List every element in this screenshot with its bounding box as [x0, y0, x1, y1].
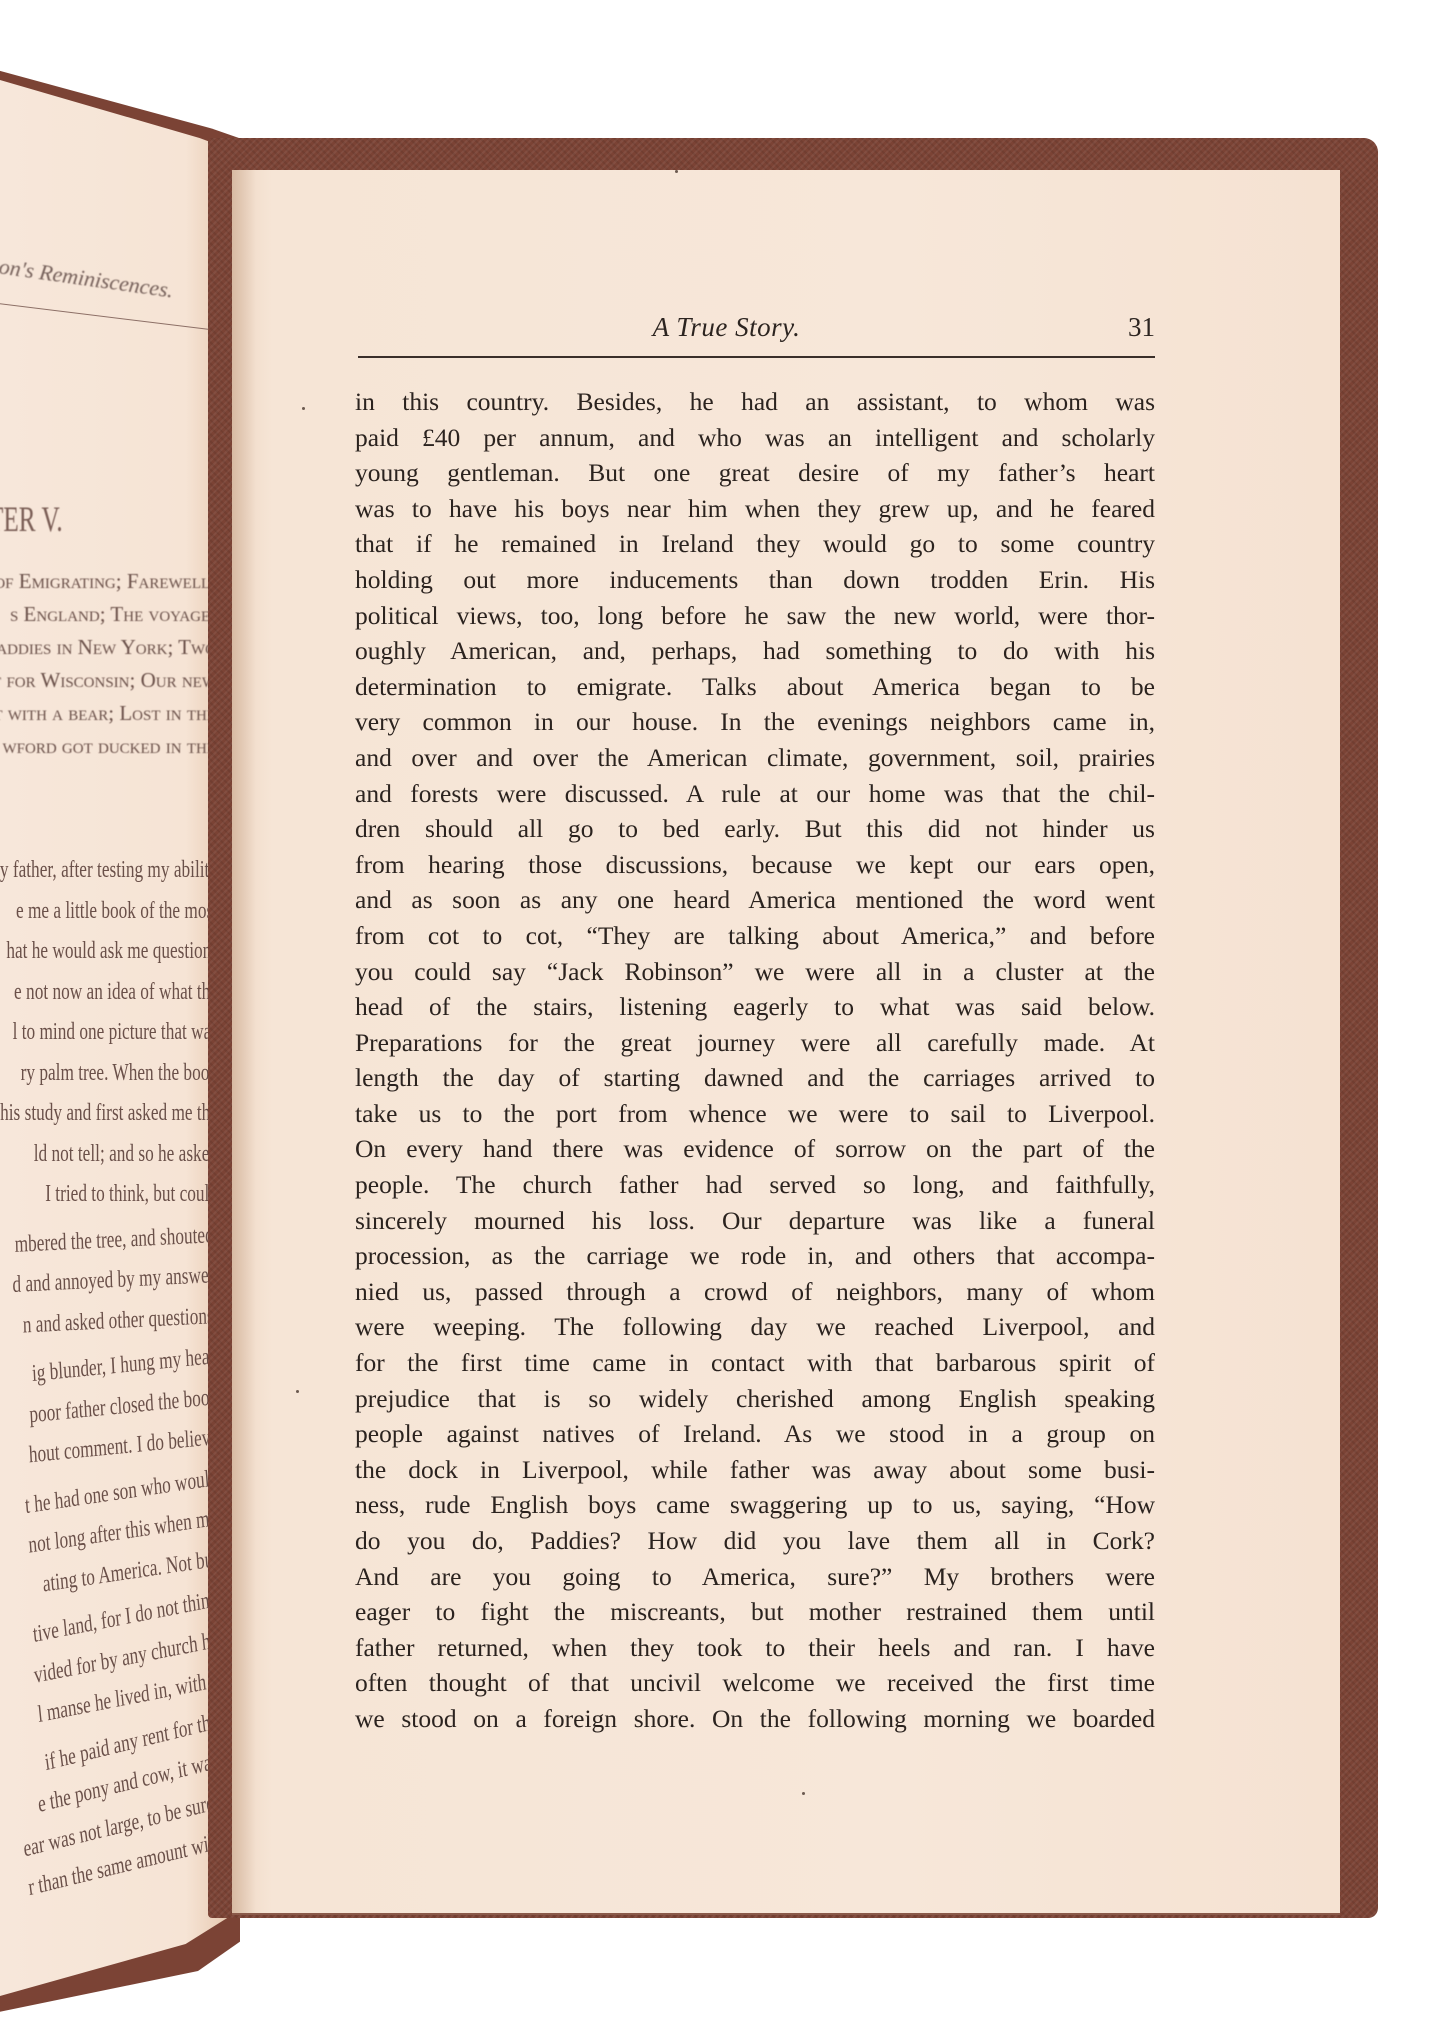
body-line: people. The church father had served so … [355, 1167, 1155, 1203]
synopsis-line: s of Emigrating; Farewell; [0, 565, 216, 598]
left-running-head: oon's Reminiscences. [0, 252, 175, 304]
body-line: in this country. Besides, he had an assi… [355, 384, 1155, 420]
running-head-title: A True Story. [358, 312, 1155, 343]
synopsis-line: wford got ducked in the [0, 730, 216, 763]
body-line: you could say “Jack Robinson” we were al… [355, 954, 1155, 990]
body-line: from hearing those discussions, because … [355, 847, 1155, 883]
left-body-line: e not now an idea of what the [0, 972, 218, 1013]
paper-speck [296, 1390, 299, 1393]
body-line: and as soon as any one heard America men… [355, 882, 1155, 918]
head-rule [358, 356, 1155, 358]
left-body-line: I tried to think, but could [0, 1174, 218, 1215]
body-line: the dock in Liverpool, while father was … [355, 1452, 1155, 1488]
left-body-text: y father, after testing my ability e me … [0, 850, 218, 1863]
left-body-line: ld not tell; and so he asked [0, 1134, 218, 1175]
left-body-line: l to mind one picture that was [0, 1012, 218, 1053]
body-line: And are you going to America, sure?” My … [355, 1559, 1155, 1595]
body-line: often thought of that uncivil welcome we… [355, 1665, 1155, 1701]
body-line: On every hand there was evidence of sorr… [355, 1131, 1155, 1167]
left-body-line: e me a little book of the most [0, 891, 218, 932]
left-head-rule [0, 302, 218, 331]
left-body-line: his study and first asked me the [0, 1093, 218, 1134]
body-line: for the first time came in contact with … [355, 1345, 1155, 1381]
synopsis-line: t with a bear; Lost in the [0, 697, 216, 730]
body-line: prejudice that is so widely cherished am… [355, 1381, 1155, 1417]
body-line: from cot to cot, “They are talking about… [355, 918, 1155, 954]
body-line: were weeping. The following day we reach… [355, 1309, 1155, 1345]
body-line: political views, too, long before he saw… [355, 598, 1155, 634]
body-line: that if he remained in Ireland they woul… [355, 526, 1155, 562]
body-line: paid £40 per annum, and who was an intel… [355, 420, 1155, 456]
body-line: dren should all go to bed early. But thi… [355, 811, 1155, 847]
paper-speck [302, 407, 305, 410]
body-line: eager to fight the miscreants, but mothe… [355, 1594, 1155, 1630]
body-line: we stood on a foreign shore. On the foll… [355, 1701, 1155, 1737]
body-line: sincerely mourned his loss. Our departur… [355, 1203, 1155, 1239]
body-line: Preparations for the great journey were … [355, 1025, 1155, 1061]
body-line: length the day of starting dawned and th… [355, 1060, 1155, 1096]
body-line: ness, rude English boys came swaggering … [355, 1487, 1155, 1523]
body-line: procession, as the carriage we rode in, … [355, 1238, 1155, 1274]
left-body-line: y father, after testing my ability [0, 850, 218, 891]
left-page-text-block: oon's Reminiscences. TER V. s of Emigrat… [0, 0, 232, 2023]
body-line: very common in our house. In the evening… [355, 704, 1155, 740]
body-line: and forests were discussed. A rule at ou… [355, 776, 1155, 812]
body-line: and over and over the American climate, … [355, 740, 1155, 776]
chapter-synopsis: s of Emigrating; Farewell; s England; Th… [0, 565, 216, 763]
body-line: do you do, Paddies? How did you lave the… [355, 1523, 1155, 1559]
paper-speck [675, 170, 678, 173]
body-line: holding out more inducements than down t… [355, 562, 1155, 598]
body-line: was to have his boys near him when they … [355, 491, 1155, 527]
body-line: head of the stairs, listening eagerly to… [355, 989, 1155, 1025]
body-line: young gentleman. But one great desire of… [355, 455, 1155, 491]
body-line: determination to emigrate. Talks about A… [355, 669, 1155, 705]
left-body-line: hat he would ask me questions [0, 931, 218, 972]
running-head: A True Story. 31 [358, 312, 1155, 352]
body-line: oughly American, and, perhaps, had somet… [355, 633, 1155, 669]
body-line: take us to the port from whence we were … [355, 1096, 1155, 1132]
synopsis-line: Paddies in New York; Two [0, 631, 216, 664]
gutter-shadow [232, 170, 256, 1913]
chapter-heading: TER V. [0, 498, 63, 540]
paper-speck [802, 1792, 805, 1795]
body-line: people against natives of Ireland. As we… [355, 1416, 1155, 1452]
body-line: father returned, when they took to their… [355, 1630, 1155, 1666]
page-number: 31 [1128, 312, 1155, 343]
synopsis-line: t for Wisconsin; Our new [0, 664, 216, 697]
body-line: nied us, passed through a crowd of neigh… [355, 1274, 1155, 1310]
synopsis-line: s England; The voyage; [0, 598, 216, 631]
right-page-body-text: in this country. Besides, he had an assi… [355, 384, 1155, 1737]
left-body-line: ry palm tree. When the book [0, 1053, 218, 1094]
